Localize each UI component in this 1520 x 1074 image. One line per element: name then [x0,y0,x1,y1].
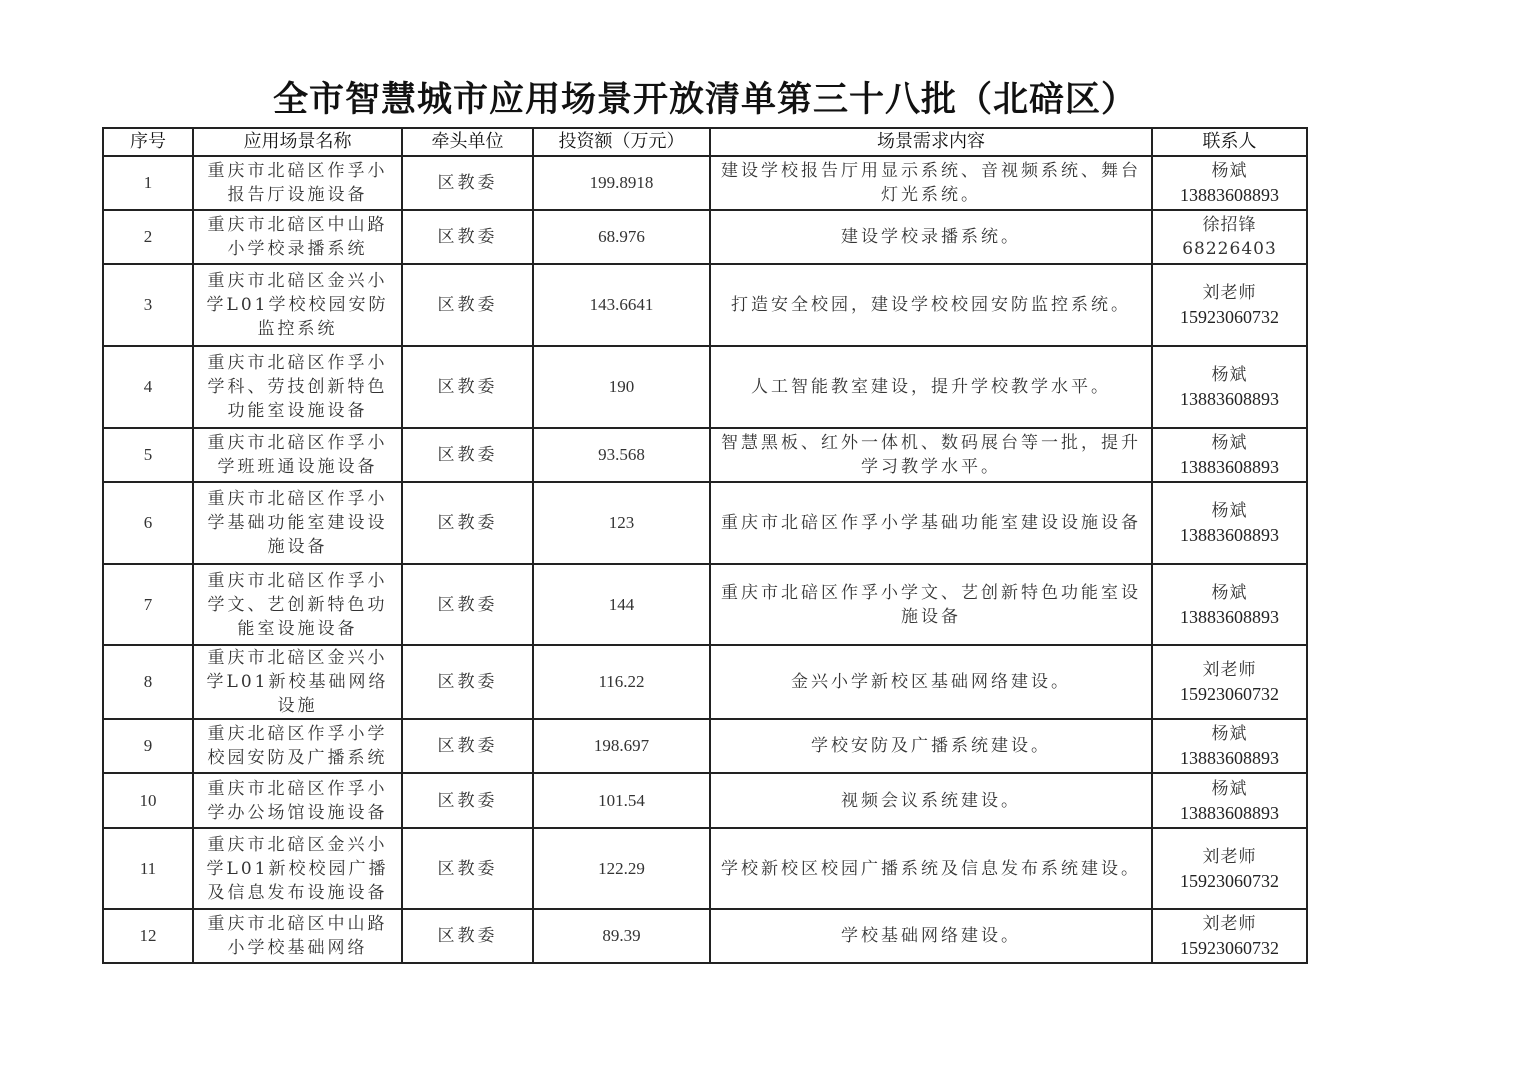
cell-contact: 杨斌 13883608893 [1152,482,1307,564]
contact-name: 杨斌 [1157,431,1302,455]
cell-lead-unit: 区教委 [402,909,533,963]
cell-requirements: 建设学校录播系统。 [710,210,1152,264]
contact-name: 杨斌 [1157,499,1302,523]
contact-phone: 15923060732 [1157,869,1302,893]
cell-requirements: 学校安防及广播系统建设。 [710,719,1152,773]
cell-investment: 116.22 [533,645,710,719]
cell-index: 9 [103,719,193,773]
cell-contact: 刘老师 15923060732 [1152,264,1307,346]
cell-lead-unit: 区教委 [402,773,533,828]
cell-index: 10 [103,773,193,828]
cell-scenario-name: 重庆北碚区作孚小学校园安防及广播系统 [193,719,402,773]
cell-lead-unit: 区教委 [402,210,533,264]
cell-contact: 杨斌 13883608893 [1152,564,1307,645]
contact-phone: 13883608893 [1157,801,1302,825]
table-row: 8 重庆市北碚区金兴小学L01新校基础网络设施 区教委 116.22 金兴小学新… [103,645,1307,719]
cell-requirements: 建设学校报告厅用显示系统、音视频系统、舞台灯光系统。 [710,156,1152,210]
cell-requirements: 人工智能教室建设，提升学校教学水平。 [710,346,1152,428]
table-row: 9 重庆北碚区作孚小学校园安防及广播系统 区教委 198.697 学校安防及广播… [103,719,1307,773]
cell-contact: 杨斌 13883608893 [1152,428,1307,482]
document-title: 全市智慧城市应用场景开放清单第三十八批（北碚区） [0,76,1410,124]
cell-contact: 刘老师 15923060732 [1152,909,1307,963]
cell-scenario-name: 重庆市北碚区作孚小学班班通设施设备 [193,428,402,482]
table-row: 11 重庆市北碚区金兴小学L01新校校园广播及信息发布设施设备 区教委 122.… [103,828,1307,909]
cell-requirements: 视频会议系统建设。 [710,773,1152,828]
cell-investment: 101.54 [533,773,710,828]
contact-name: 杨斌 [1157,777,1302,801]
cell-contact: 刘老师 15923060732 [1152,828,1307,909]
cell-index: 7 [103,564,193,645]
cell-lead-unit: 区教委 [402,482,533,564]
header-index: 序号 [103,128,193,156]
cell-contact: 杨斌 13883608893 [1152,719,1307,773]
contact-phone: 13883608893 [1157,183,1302,207]
cell-requirements: 金兴小学新校区基础网络建设。 [710,645,1152,719]
cell-contact: 刘老师 15923060732 [1152,645,1307,719]
header-row: 序号 应用场景名称 牵头单位 投资额（万元） 场景需求内容 联系人 [103,128,1307,156]
cell-requirements: 打造安全校园，建设学校校园安防监控系统。 [710,264,1152,346]
contact-name: 杨斌 [1157,581,1302,605]
contact-phone: 13883608893 [1157,605,1302,629]
cell-lead-unit: 区教委 [402,719,533,773]
header-investment: 投资额（万元） [533,128,710,156]
cell-lead-unit: 区教委 [402,645,533,719]
cell-scenario-name: 重庆市北碚区作孚小学办公场馆设施设备 [193,773,402,828]
cell-contact: 杨斌 13883608893 [1152,773,1307,828]
header-requirements: 场景需求内容 [710,128,1152,156]
contact-phone: 13883608893 [1157,523,1302,547]
cell-contact: 杨斌 13883608893 [1152,346,1307,428]
contact-phone: 15923060732 [1157,305,1302,329]
cell-investment: 93.568 [533,428,710,482]
cell-requirements: 学校基础网络建设。 [710,909,1152,963]
table-row: 6 重庆市北碚区作孚小学基础功能室建设设施设备 区教委 123 重庆市北碚区作孚… [103,482,1307,564]
cell-scenario-name: 重庆市北碚区作孚小报告厅设施设备 [193,156,402,210]
cell-lead-unit: 区教委 [402,156,533,210]
contact-name: 刘老师 [1157,281,1302,305]
cell-requirements: 智慧黑板、红外一体机、数码展台等一批，提升学习教学水平。 [710,428,1152,482]
table-row: 12 重庆市北碚区中山路小学校基础网络 区教委 89.39 学校基础网络建设。 … [103,909,1307,963]
cell-investment: 144 [533,564,710,645]
cell-investment: 123 [533,482,710,564]
cell-investment: 198.697 [533,719,710,773]
cell-investment: 199.8918 [533,156,710,210]
cell-investment: 68.976 [533,210,710,264]
cell-index: 12 [103,909,193,963]
table-row: 10 重庆市北碚区作孚小学办公场馆设施设备 区教委 101.54 视频会议系统建… [103,773,1307,828]
scenario-table: 序号 应用场景名称 牵头单位 投资额（万元） 场景需求内容 联系人 1 重庆市北… [102,127,1308,964]
cell-scenario-name: 重庆市北碚区作孚小学基础功能室建设设施设备 [193,482,402,564]
cell-lead-unit: 区教委 [402,564,533,645]
cell-lead-unit: 区教委 [402,346,533,428]
cell-index: 1 [103,156,193,210]
cell-index: 2 [103,210,193,264]
cell-requirements: 重庆市北碚区作孚小学基础功能室建设设施设备 [710,482,1152,564]
cell-investment: 190 [533,346,710,428]
cell-index: 5 [103,428,193,482]
table-row: 7 重庆市北碚区作孚小学文、艺创新特色功能室设施设备 区教委 144 重庆市北碚… [103,564,1307,645]
contact-name: 杨斌 [1157,159,1302,183]
header-contact: 联系人 [1152,128,1307,156]
contact-phone: 13883608893 [1157,387,1302,411]
cell-requirements: 学校新校区校园广播系统及信息发布系统建设。 [710,828,1152,909]
cell-scenario-name: 重庆市北碚区中山路小学校基础网络 [193,909,402,963]
table-row: 4 重庆市北碚区作孚小学科、劳技创新特色功能室设施设备 区教委 190 人工智能… [103,346,1307,428]
cell-requirements: 重庆市北碚区作孚小学文、艺创新特色功能室设施设备 [710,564,1152,645]
table-row: 3 重庆市北碚区金兴小学L01学校校园安防监控系统 区教委 143.6641 打… [103,264,1307,346]
cell-investment: 122.29 [533,828,710,909]
cell-investment: 89.39 [533,909,710,963]
contact-name: 徐招锋68226403 [1157,213,1302,261]
cell-scenario-name: 重庆市北碚区金兴小学L01学校校园安防监控系统 [193,264,402,346]
cell-lead-unit: 区教委 [402,428,533,482]
cell-contact: 杨斌 13883608893 [1152,156,1307,210]
cell-investment: 143.6641 [533,264,710,346]
contact-name: 刘老师 [1157,912,1302,936]
header-scenario-name: 应用场景名称 [193,128,402,156]
cell-index: 3 [103,264,193,346]
contact-name: 杨斌 [1157,363,1302,387]
cell-index: 11 [103,828,193,909]
cell-scenario-name: 重庆市北碚区作孚小学文、艺创新特色功能室设施设备 [193,564,402,645]
table-row: 2 重庆市北碚区中山路小学校录播系统 区教委 68.976 建设学校录播系统。 … [103,210,1307,264]
contact-phone: 15923060732 [1157,936,1302,960]
cell-index: 8 [103,645,193,719]
cell-lead-unit: 区教委 [402,828,533,909]
contact-name: 杨斌 [1157,722,1302,746]
contact-name: 刘老师 [1157,658,1302,682]
cell-scenario-name: 重庆市北碚区金兴小学L01新校校园广播及信息发布设施设备 [193,828,402,909]
contact-name: 刘老师 [1157,845,1302,869]
cell-index: 4 [103,346,193,428]
cell-scenario-name: 重庆市北碚区中山路小学校录播系统 [193,210,402,264]
contact-phone: 13883608893 [1157,746,1302,770]
contact-phone: 13883608893 [1157,455,1302,479]
table-row: 5 重庆市北碚区作孚小学班班通设施设备 区教委 93.568 智慧黑板、红外一体… [103,428,1307,482]
table-row: 1 重庆市北碚区作孚小报告厅设施设备 区教委 199.8918 建设学校报告厅用… [103,156,1307,210]
cell-index: 6 [103,482,193,564]
cell-lead-unit: 区教委 [402,264,533,346]
contact-phone: 15923060732 [1157,682,1302,706]
cell-contact: 徐招锋68226403 [1152,210,1307,264]
cell-scenario-name: 重庆市北碚区作孚小学科、劳技创新特色功能室设施设备 [193,346,402,428]
header-lead-unit: 牵头单位 [402,128,533,156]
cell-scenario-name: 重庆市北碚区金兴小学L01新校基础网络设施 [193,645,402,719]
